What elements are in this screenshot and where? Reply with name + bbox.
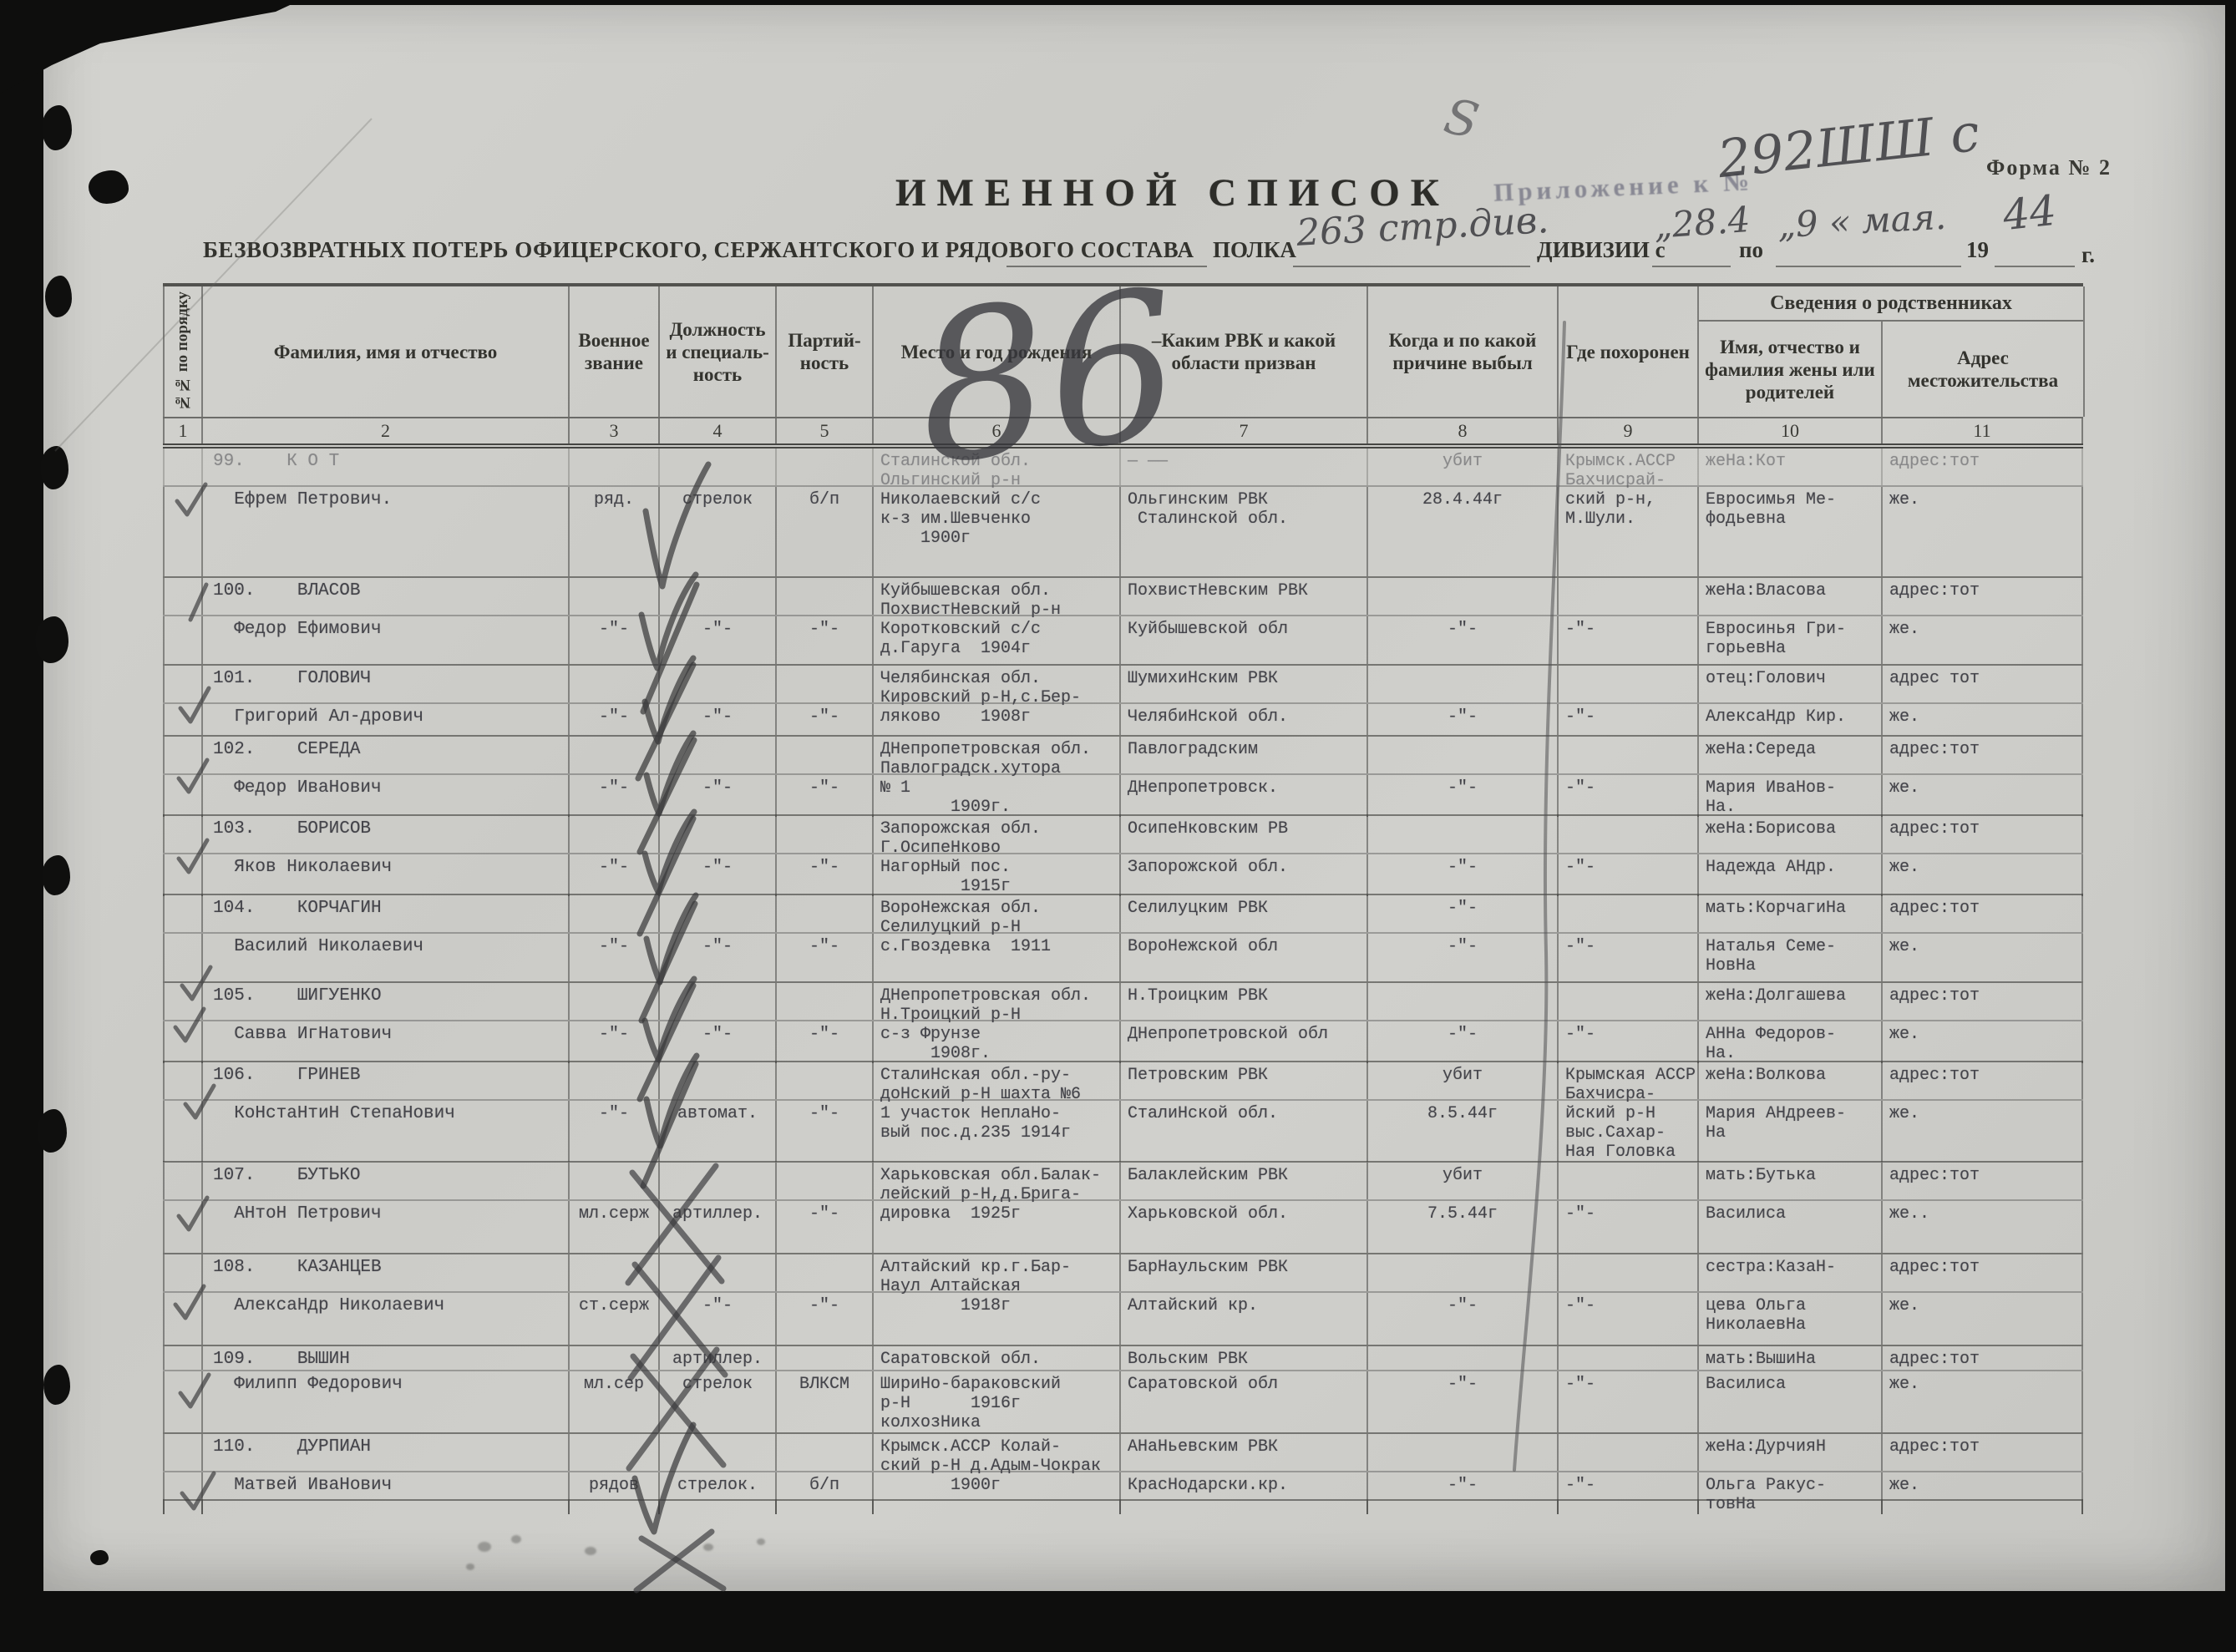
- table-cell: ДНепропетровской обл: [1121, 1021, 1368, 1063]
- table-cell: 100. ВЛАСОВ: [203, 578, 570, 615]
- table-cell: [1559, 816, 1699, 853]
- table-row: Ефрем Петрович.ряд.стрелокб/пНиколаевски…: [163, 487, 2083, 576]
- table-cell: 1 участок НеплаНо- вый пос.д.235 1914г: [874, 1101, 1121, 1162]
- table-cell: -"-: [1559, 775, 1699, 817]
- table-cell: -"-: [570, 704, 660, 735]
- table-cell: [1121, 1501, 1368, 1514]
- table-cell: же.: [1883, 1101, 2083, 1162]
- table-cell: адрес:тот: [1883, 1346, 2083, 1370]
- smudge: [757, 1538, 765, 1545]
- table-cell: [163, 934, 203, 981]
- document-subtitle: БЕЗВОЗВРАТНЫХ ПОТЕРЬ ОФИЦЕРСКОГО, СЕРЖАН…: [203, 237, 1194, 263]
- table-cell: -"-: [777, 854, 874, 896]
- person-row-block: 100. ВЛАСОВКуйбышевская обл. ПохвистНевс…: [163, 578, 2083, 666]
- blank-underline: [1293, 266, 1530, 267]
- table-cell: [1559, 737, 1699, 773]
- smudge: [478, 1542, 491, 1552]
- table-row: 109. ВЫШИНартиллер.Саратовской обл.Вольс…: [163, 1346, 2083, 1371]
- table-cell: -"-: [1368, 854, 1559, 896]
- table-cell: убит: [1368, 1163, 1559, 1199]
- table-cell: [1368, 1254, 1559, 1291]
- table-cell: [1368, 737, 1559, 773]
- table-cell: [1368, 1501, 1559, 1514]
- table-cell: стрелок: [660, 487, 777, 576]
- table-cell: Н.Троицким РВК: [1121, 983, 1368, 1020]
- table-cell: ВЛКСМ: [777, 1371, 874, 1432]
- table-cell: [163, 1101, 203, 1162]
- table-cell: [1368, 578, 1559, 615]
- table-cell: БарНаульским РВК: [1121, 1254, 1368, 1291]
- table-cell: [570, 1062, 660, 1099]
- table-cell: Федор ИваНович: [203, 775, 570, 817]
- table-cell: [660, 578, 777, 615]
- table-cell: [1368, 1346, 1559, 1370]
- person-row-block: 103. БОРИСОВЗапорожская обл. Г.ОсипеНков…: [163, 816, 2083, 895]
- table-cell: -"-: [570, 1021, 660, 1063]
- table-cell: [777, 1163, 874, 1199]
- table-cell: йский р-Н выс.Сахар- Ная Головка: [1559, 1101, 1699, 1162]
- hole-punch: [37, 1109, 67, 1153]
- table-cell: -"-: [777, 1101, 874, 1162]
- table-cell: же.: [1883, 616, 2083, 664]
- document-page: Форма № 2 ИМЕННОЙ СПИСОК Приложение к № …: [0, 0, 2236, 1652]
- table-cell: Харьковской обл.: [1121, 1201, 1368, 1253]
- table-cell: 102. СЕРЕДА: [203, 737, 570, 773]
- table-cell: [163, 666, 203, 702]
- table-cell: -"-: [570, 775, 660, 817]
- table-cell: ляково 1908г: [874, 704, 1121, 735]
- table-cell: [570, 1434, 660, 1471]
- hole-punch: [42, 855, 70, 895]
- table-cell: 105. ШИГУЕНКО: [203, 983, 570, 1020]
- table-cell: Николаевский с/с к-з им.Шевченко 1900г: [874, 487, 1121, 576]
- table-cell: -"-: [1368, 775, 1559, 817]
- relatives-group-title: Сведения о родственниках: [1699, 286, 2083, 322]
- table-cell: -"-: [1559, 704, 1699, 735]
- table-row: 104. КОРЧАГИНВороНежская обл. Селилуцкий…: [163, 895, 2083, 934]
- table-cell: [1559, 1434, 1699, 1471]
- column-numbers-row: 1234567891011: [163, 418, 2083, 448]
- table-cell: Куйбышевской обл: [1121, 616, 1368, 664]
- table-cell: [777, 448, 874, 485]
- person-row-block: 109. ВЫШИНартиллер.Саратовской обл.Вольс…: [163, 1346, 2083, 1434]
- table-cell: Василий Николаевич: [203, 934, 570, 981]
- table-cell: [570, 1163, 660, 1199]
- person-row-block: 102. СЕРЕДАДНепропетровская обл. Павлогр…: [163, 737, 2083, 816]
- table-cell: Мария АНдреев- На: [1699, 1101, 1883, 1162]
- table-cell: [777, 578, 874, 615]
- table-cell: [570, 578, 660, 615]
- smudge: [466, 1563, 474, 1570]
- table-cell: автомат.: [660, 1101, 777, 1162]
- table-header: №№ по порядку Фамилия, имя и отчество Во…: [163, 283, 2083, 418]
- table-cell: же.: [1883, 704, 2083, 735]
- table-row: АНтоН Петровичмл.сержартиллер.-"-дировка…: [163, 1201, 2083, 1253]
- table-cell: Селилуцким РВК: [1121, 895, 1368, 932]
- table-cell: [1368, 816, 1559, 853]
- table-cell: -"-: [777, 1201, 874, 1253]
- table-cell: -"-: [1559, 1293, 1699, 1345]
- table-cell: же.: [1883, 854, 2083, 896]
- blank-underline: [1776, 266, 1961, 267]
- person-row-block: 108. КАЗАНЦЕВАлтайский кр.г.Бар- Наул Ал…: [163, 1254, 2083, 1346]
- table-cell: [1559, 895, 1699, 932]
- table-cell: -"-: [660, 854, 777, 896]
- table-cell: же..: [1883, 1201, 2083, 1253]
- table-cell: -"-: [777, 1293, 874, 1345]
- table-row: 100. ВЛАСОВКуйбышевская обл. ПохвистНевс…: [163, 578, 2083, 616]
- table-cell: [660, 666, 777, 702]
- table-cell: Василиса: [1699, 1201, 1883, 1253]
- table-cell: [1559, 1501, 1699, 1514]
- table-cell: 104. КОРЧАГИН: [203, 895, 570, 932]
- table-cell: мл.сер: [570, 1371, 660, 1432]
- table-row: Григорий Ал-дрович-"--"--"-ляково 1908гЧ…: [163, 704, 2083, 735]
- date-from-handwritten: „28.4: [1652, 199, 1751, 246]
- column-number: 7: [1121, 418, 1368, 443]
- table-cell: -"-: [777, 704, 874, 735]
- table-cell: -"-: [777, 934, 874, 981]
- table-cell: мать:КорчагиНа: [1699, 895, 1883, 932]
- table-cell: [570, 816, 660, 853]
- table-cell: Петровским РВК: [1121, 1062, 1368, 1099]
- table-cell: -"-: [660, 934, 777, 981]
- table-cell: [777, 1254, 874, 1291]
- table-cell: [1699, 1501, 1883, 1514]
- table-cell: [777, 983, 874, 1020]
- division-label: ДИВИЗИИ с: [1537, 237, 1666, 263]
- smudge: [703, 1543, 713, 1551]
- table-cell: адрес:тот: [1883, 737, 2083, 773]
- table-cell: же.: [1883, 934, 2083, 981]
- table-cell: Павлоградским: [1121, 737, 1368, 773]
- table-cell: адрес:тот: [1883, 895, 2083, 932]
- table-cell: Крымск.АССР Колай- ский р-Н д.Адым-Чокра…: [874, 1434, 1121, 1471]
- person-row-block: 104. КОРЧАГИНВороНежская обл. Селилуцкий…: [163, 895, 2083, 983]
- table-cell: [163, 1346, 203, 1370]
- smudge: [511, 1535, 521, 1543]
- table-cell: Алтайский кр.г.Бар- Наул Алтайская: [874, 1254, 1121, 1291]
- table-cell: убит: [1368, 448, 1559, 485]
- g-label: г.: [2081, 242, 2095, 268]
- table-cell: -"-: [1559, 1201, 1699, 1253]
- table-cell: [660, 895, 777, 932]
- table-cell: же.: [1883, 1021, 2083, 1063]
- hole-punch: [42, 105, 72, 150]
- table-row: 105. ШИГУЕНКОДНепропетровская обл. Н.Тро…: [163, 983, 2083, 1021]
- table-cell: -"-: [1368, 934, 1559, 981]
- table-row: Федор ИваНович-"--"--"-№ 1 1909г.ДНепроп…: [163, 775, 2083, 817]
- column-number: 3: [570, 418, 660, 443]
- table-cell: -"-: [1368, 1021, 1559, 1063]
- table-cell: -"-: [660, 616, 777, 664]
- table-cell: артиллер.: [660, 1201, 777, 1253]
- blank-underline: [1006, 266, 1207, 267]
- table-cell: [777, 1062, 874, 1099]
- table-cell: -"-: [570, 616, 660, 664]
- table-cell: Яков Николаевич: [203, 854, 570, 896]
- table-cell: жеНа:Волкова: [1699, 1062, 1883, 1099]
- table-cell: адрес:тот: [1883, 578, 2083, 615]
- table-cell: [163, 1201, 203, 1253]
- column-number: 4: [660, 418, 777, 443]
- table-cell: ский р-н, М.Шули.: [1559, 487, 1699, 576]
- table-cell: ШумихиНским РВК: [1121, 666, 1368, 702]
- table-cell: [1368, 1434, 1559, 1471]
- table-cell: с.Гвоздевка 1911: [874, 934, 1121, 981]
- table-cell: -"-: [1559, 854, 1699, 896]
- table-row: 103. БОРИСОВЗапорожская обл. Г.ОсипеНков…: [163, 816, 2083, 854]
- table-cell: [1559, 1163, 1699, 1199]
- hole-punch: [35, 616, 68, 663]
- table-cell: мл.серж: [570, 1201, 660, 1253]
- table-cell: 108. КАЗАНЦЕВ: [203, 1254, 570, 1291]
- table-cell: убит: [1368, 1062, 1559, 1099]
- table-cell: адрес:тот: [1883, 1254, 2083, 1291]
- table-cell: [163, 775, 203, 817]
- table-cell: же.: [1883, 775, 2083, 817]
- table-cell: Запорожской обл.: [1121, 854, 1368, 896]
- table-cell: АлексаНдр Николаевич: [203, 1293, 570, 1345]
- table-cell: [163, 616, 203, 664]
- table-cell: [777, 1346, 874, 1370]
- table-cell: -"-: [1559, 1021, 1699, 1063]
- table-cell: [163, 1254, 203, 1291]
- table-cell: Запорожская обл. Г.ОсипеНково: [874, 816, 1121, 853]
- table-cell: дировка 1925г: [874, 1201, 1121, 1253]
- table-cell: 103. БОРИСОВ: [203, 816, 570, 853]
- table-cell: 8.5.44г: [1368, 1101, 1559, 1162]
- table-cell: Мария ИваНов- На.: [1699, 775, 1883, 817]
- table-cell: [660, 1062, 777, 1099]
- column-header: Фамилия, имя и отчество: [203, 286, 570, 417]
- table-row: КоНстаНтиН СтепаНович-"-автомат.-"-1 уча…: [163, 1101, 2083, 1162]
- table-cell: [163, 854, 203, 896]
- table-cell: стрелок: [660, 1371, 777, 1432]
- table-cell: [163, 1062, 203, 1099]
- table-cell: Алтайский кр.: [1121, 1293, 1368, 1345]
- column-header: Где похоронен: [1559, 286, 1699, 417]
- table-cell: же.: [1883, 1293, 2083, 1345]
- table-cell: [777, 666, 874, 702]
- table-cell: с-з Фрунзе 1908г.: [874, 1021, 1121, 1063]
- table-cell: ДНепропетровск.: [1121, 775, 1368, 817]
- table-cell: [1368, 983, 1559, 1020]
- table-cell: [570, 1501, 660, 1514]
- hole-punch: [90, 1550, 109, 1565]
- table-cell: [570, 448, 660, 485]
- column-number: 10: [1699, 418, 1883, 443]
- table-cell: Наталья Семе- НовНа: [1699, 934, 1883, 981]
- table-cell: отец:Голович: [1699, 666, 1883, 702]
- column-number: 2: [203, 418, 570, 443]
- table-cell: -"-: [1368, 616, 1559, 664]
- table-cell: ст.серж: [570, 1293, 660, 1345]
- table-cell: ОсипеНковским РВ: [1121, 816, 1368, 853]
- table-row: 108. КАЗАНЦЕВАлтайский кр.г.Бар- Наул Ал…: [163, 1254, 2083, 1293]
- table-row: 99. К О ТСталинской обл. Ольгинский р-н—…: [163, 448, 2083, 487]
- table-row: Филипп Федоровичмл.серстрелокВЛКСМШириНо…: [163, 1371, 2083, 1432]
- column-header: Партий- ность: [777, 286, 874, 417]
- table-cell: [203, 1501, 570, 1514]
- table-cell: ряд.: [570, 487, 660, 576]
- table-cell: 107. БУТЬКО: [203, 1163, 570, 1199]
- table-cell: [163, 816, 203, 853]
- table-cell: [570, 1254, 660, 1291]
- table-cell: [874, 1501, 1121, 1514]
- column-number: 9: [1559, 418, 1699, 443]
- table-cell: -"-: [1559, 1371, 1699, 1432]
- blank-underline: [1652, 266, 1731, 267]
- table-cell: -"-: [660, 704, 777, 735]
- table-row: 101. ГОЛОВИЧЧелябинская обл. Кировский р…: [163, 666, 2083, 704]
- year-value-handwritten: 44: [2000, 186, 2058, 240]
- table-cell: АНаНьевским РВК: [1121, 1434, 1368, 1471]
- table-cell: [163, 1021, 203, 1063]
- table-cell: 101. ГОЛОВИЧ: [203, 666, 570, 702]
- person-row-block: 101. ГОЛОВИЧЧелябинская обл. Кировский р…: [163, 666, 2083, 737]
- table-cell: ДНепропетровская обл. Н.Троицкий р-Н: [874, 983, 1121, 1020]
- table-cell: ШириНо-бараковский р-Н 1916г колхозНика: [874, 1371, 1121, 1432]
- column-number: 11: [1883, 418, 2083, 443]
- table-column-lines-stub: [163, 1501, 2083, 1514]
- table-row: АлексаНдр Николаевичст.серж-"--"- 1918гА…: [163, 1293, 2083, 1345]
- hole-punch: [45, 276, 72, 317]
- hole-punch: [40, 446, 68, 489]
- table-cell: АлексаНдр Кир.: [1699, 704, 1883, 735]
- table-cell: [163, 1163, 203, 1199]
- table-cell: [163, 448, 203, 485]
- table-cell: КоНстаНтиН СтепаНович: [203, 1101, 570, 1162]
- table-cell: Филипп Федорович: [203, 1371, 570, 1432]
- blank-underline: [1995, 266, 2075, 267]
- table-cell: -"-: [660, 775, 777, 817]
- table-cell: СталиНская обл.-ру- доНский р-Н шахта №6: [874, 1062, 1121, 1099]
- table-cell: -"-: [1559, 934, 1699, 981]
- table-cell: [660, 1434, 777, 1471]
- table-cell: [1559, 1346, 1699, 1370]
- table-cell: Крымск.АССР Бахчисрай-: [1559, 448, 1699, 485]
- table-cell: же.: [1883, 1371, 2083, 1432]
- table-cell: Евросимья Ме- фодьевна: [1699, 487, 1883, 576]
- table-row: Яков Николаевич-"--"--"-НагорНый пос. 19…: [163, 854, 2083, 896]
- paper-tear: [89, 170, 129, 204]
- table-cell: Крымская АССР Бахчисра-: [1559, 1062, 1699, 1099]
- table-cell: Ольгинским РВК Сталинской обл.: [1121, 487, 1368, 576]
- table-cell: ЧелябиНской обл.: [1121, 704, 1368, 735]
- table-cell: же.: [1883, 487, 2083, 576]
- table-cell: [1559, 666, 1699, 702]
- table-cell: [777, 1434, 874, 1471]
- table-cell: адрес:тот: [1883, 1062, 2083, 1099]
- table-cell: жеНа:Борисова: [1699, 816, 1883, 853]
- table-cell: жеНа:Кот: [1699, 448, 1883, 485]
- table-cell: б/п: [777, 487, 874, 576]
- table-cell: жеНа:Власова: [1699, 578, 1883, 615]
- table-cell: НагорНый пос. 1915г: [874, 854, 1121, 896]
- table-cell: 28.4.44г: [1368, 487, 1559, 576]
- table-body: 99. К О ТСталинской обл. Ольгинский р-н—…: [163, 448, 2083, 1514]
- table-cell: адрес:тот: [1883, 1163, 2083, 1199]
- table-cell: цева Ольга НиколаевНа: [1699, 1293, 1883, 1345]
- table-cell: [163, 737, 203, 773]
- column-header: Имя, отчество и фамилия жены или родител…: [1699, 322, 1883, 417]
- table-cell: -"-: [660, 1293, 777, 1345]
- table-cell: адрес:тот: [1883, 448, 2083, 485]
- table-cell: Вольским РВК: [1121, 1346, 1368, 1370]
- person-row-block: 99. К О ТСталинской обл. Ольгинский р-н—…: [163, 448, 2083, 578]
- table-cell: -"-: [1559, 616, 1699, 664]
- table-cell: [1559, 1254, 1699, 1291]
- column-header: Когда и по какой причине выбыл: [1368, 286, 1559, 417]
- table-cell: [660, 1254, 777, 1291]
- table-cell: [163, 704, 203, 735]
- table-cell: Харьковская обл.Балак- лейский р-Н,д.Бри…: [874, 1163, 1121, 1199]
- table-cell: адрес:тот: [1883, 1434, 2083, 1471]
- table-cell: -"-: [570, 1101, 660, 1162]
- person-row-block: 107. БУТЬКОХарьковская обл.Балак- лейски…: [163, 1163, 2083, 1254]
- table-cell: Надежда АНдр.: [1699, 854, 1883, 896]
- table-cell: [777, 737, 874, 773]
- column-number: 5: [777, 418, 874, 443]
- table-cell: [163, 1293, 203, 1345]
- column-header: Военное звание: [570, 286, 660, 417]
- table-cell: АНтоН Петрович: [203, 1201, 570, 1253]
- table-cell: Куйбышевская обл. ПохвистНевский р-н: [874, 578, 1121, 615]
- table-cell: [1883, 1501, 2083, 1514]
- table-cell: [660, 1163, 777, 1199]
- table-cell: Евросинья Гри- горьевНа: [1699, 616, 1883, 664]
- column-header: №№ по порядку: [163, 286, 203, 417]
- table-cell: -"-: [660, 1021, 777, 1063]
- column-number: 1: [163, 418, 203, 443]
- person-row-block: 106. ГРИНЕВСталиНская обл.-ру- доНский р…: [163, 1062, 2083, 1163]
- table-cell: [163, 1501, 203, 1514]
- table-row: 106. ГРИНЕВСталиНская обл.-ру- доНский р…: [163, 1062, 2083, 1101]
- table-cell: — ——: [1121, 448, 1368, 485]
- table-cell: адрес:тот: [1883, 816, 2083, 853]
- table-cell: ВороНежской обл: [1121, 934, 1368, 981]
- table-cell: [660, 983, 777, 1020]
- table-cell: ДНепропетровская обл. Павлоградск.хутора: [874, 737, 1121, 773]
- column-header: Место и год рождения: [874, 286, 1121, 417]
- table-cell: адрес тот: [1883, 666, 2083, 702]
- table-cell: 99. К О Т: [203, 448, 570, 485]
- person-row-block: 110. ДУРПИАНКрымск.АССР Колай- ский р-Н …: [163, 1434, 2083, 1501]
- table-cell: [163, 983, 203, 1020]
- table-cell: -"-: [777, 1021, 874, 1063]
- table-cell: жеНа:ДурчияН: [1699, 1434, 1883, 1471]
- table-row: 107. БУТЬКОХарьковская обл.Балак- лейски…: [163, 1163, 2083, 1201]
- table-cell: -"-: [1368, 1293, 1559, 1345]
- table-cell: [570, 895, 660, 932]
- table-cell: [163, 578, 203, 615]
- table-cell: [660, 1501, 777, 1514]
- table-row: Савва ИгНатович-"--"--"-с-з Фрунзе 1908г…: [163, 1021, 2083, 1063]
- form-number: Форма № 2: [1986, 155, 2112, 180]
- table-cell: [570, 666, 660, 702]
- table-cell: -"-: [1368, 1371, 1559, 1432]
- table-cell: жеНа:Середа: [1699, 737, 1883, 773]
- table-cell: -"-: [1368, 704, 1559, 735]
- po-label: по: [1739, 237, 1763, 263]
- column-header: Должность и специаль- ность: [660, 286, 777, 417]
- table-cell: [163, 895, 203, 932]
- table-cell: ПохвистНевским РВК: [1121, 578, 1368, 615]
- table-row: 110. ДУРПИАНКрымск.АССР Колай- ский р-Н …: [163, 1434, 2083, 1472]
- table-cell: Григорий Ал-дрович: [203, 704, 570, 735]
- hole-punch: [43, 1365, 70, 1405]
